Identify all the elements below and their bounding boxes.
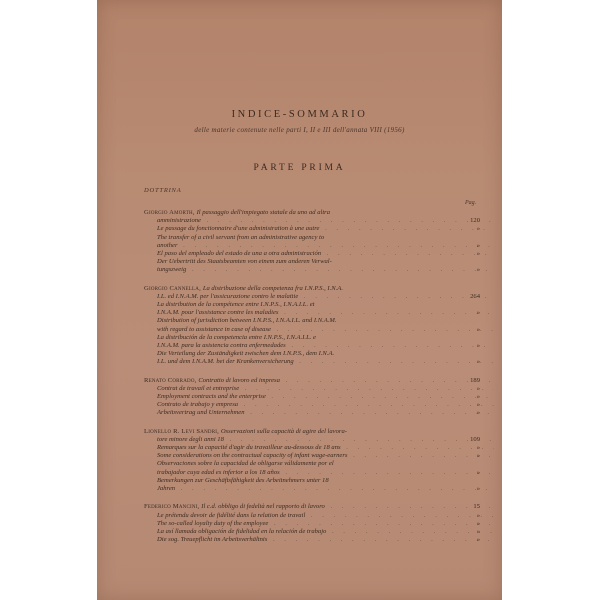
page-number: 264: [470, 293, 480, 301]
translation-line: The so-called loyalty duty of the employ…: [144, 520, 494, 528]
translation-title: La así llamada obligación de fidelidad e…: [157, 528, 326, 535]
page-number: 189: [470, 377, 480, 385]
entry-title: Il passaggio dell'impiegato statale da u…: [197, 209, 330, 216]
entry-title-line: I.L. ed I.N.A.M. per l'assicurazione con…: [144, 293, 494, 301]
part-heading: PARTE PRIMA: [97, 163, 502, 173]
page-ditto-mark: »: [477, 326, 480, 334]
translation-line: Die Verteilung der Zuständigkeit zwische…: [144, 350, 494, 358]
translation-line: I.N.A.M. pour l'assistance contre les ma…: [144, 309, 494, 317]
translation-line: with regard to assistance in case of dis…: [144, 326, 494, 334]
leader-dots: . . . . . . . . . . . . . . . . . . . . …: [267, 536, 494, 543]
entry-title-line: Lionello R. Levi Sandri, Osservazioni su…: [144, 428, 494, 436]
toc-entry: Renato Corrado, Contratto di lavoro ed i…: [144, 377, 494, 418]
leader-dots: . . . . . . . . . . . . . . . . . . . . …: [201, 217, 494, 224]
leader-dots: . . . . . . . . . . . . . . . . . . . . …: [268, 520, 494, 527]
leader-dots: . . . . . . . . . . . . . . . . . . . . …: [319, 225, 494, 232]
entry-author: Lionello R. Levi Sandri,: [144, 428, 221, 435]
translation-title: Die sog. Treuepflicht im Arbeitsverhältn…: [157, 536, 267, 543]
page-number: 120: [470, 217, 480, 225]
translation-title: Contrato de trabajo y empresa: [157, 401, 238, 408]
page-ditto-mark: »: [477, 520, 480, 528]
page-ditto-mark: »: [477, 266, 480, 274]
page-ditto-mark: »: [477, 409, 480, 417]
leader-dots: . . . . . . . . . . . . . . . . . . . . …: [280, 377, 494, 384]
entry-author: Renato Corrado,: [144, 377, 198, 384]
translation-line: Contrato de trabajo y empresa . . . . . …: [144, 401, 494, 409]
translation-title: The so-called loyalty duty of the employ…: [157, 520, 268, 527]
translation-line: La distribution de la compétence entre I…: [144, 301, 494, 309]
page-ditto-mark: »: [477, 342, 480, 350]
translation-line: I.L. und dem I.N.A.M. bei der Krankenver…: [144, 358, 494, 366]
leader-dots: . . . . . . . . . . . . . . . . . . . . …: [238, 401, 494, 408]
toc-entry: Lionello R. Levi Sandri, Osservazioni su…: [144, 428, 494, 494]
page-ditto-mark: »: [477, 225, 480, 233]
toc-entry: Giorgio Amorth, Il passaggio dell'impieg…: [144, 209, 494, 275]
translation-title: Le passage du fonctionnaire d'une admini…: [157, 225, 319, 232]
translation-line: Le prétendu devoir de fidélité dans la r…: [144, 512, 494, 520]
translation-line: Der Uebertritt des Staatsbeamten von ein…: [144, 258, 494, 266]
translation-line: Bemerkungen zur Geschäftsfähigkeit des A…: [144, 477, 494, 485]
page-ditto-mark: »: [477, 444, 480, 452]
entry-title-line: amministrazione . . . . . . . . . . . . …: [144, 217, 494, 225]
translation-line: another . . . . . . . . . . . . . . . . …: [144, 242, 494, 250]
page-ditto-mark: »: [477, 242, 480, 250]
translation-line: Remarques sur la capacité d'agir du trav…: [144, 444, 494, 452]
translation-line: I.N.A.M. para la asistencia contra enfer…: [144, 342, 494, 350]
translation-title: El paso del empleado del estado de una a…: [157, 250, 321, 257]
page-number: 109: [470, 436, 480, 444]
leader-dots: . . . . . . . . . . . . . . . . . . . . …: [305, 512, 494, 519]
entry-title: Contratto di lavoro ed impresa: [198, 377, 280, 384]
translation-line: Employment contracts and the enterprise …: [144, 393, 494, 401]
page-ditto-mark: »: [477, 401, 480, 409]
leader-dots: . . . . . . . . . . . . . . . . . . . . …: [286, 342, 494, 349]
toc-entries: Giorgio Amorth, Il passaggio dell'impieg…: [144, 209, 494, 554]
entry-author: Giorgio Cannella,: [144, 285, 203, 292]
translation-title: Le prétendu devoir de fidélité dans la r…: [157, 512, 305, 519]
leader-dots: . . . . . . . . . . . . . . . . . . . . …: [239, 385, 494, 392]
entry-author: Giorgio Amorth,: [144, 209, 197, 216]
translation-line: trabajador cuya edad es inferior a los 1…: [144, 469, 494, 477]
section-heading: DOTTRINA: [144, 187, 181, 194]
leader-dots: . . . . . . . . . . . . . . . . . . . . …: [266, 393, 494, 400]
page-ditto-mark: »: [477, 485, 480, 493]
leader-dots: . . . . . . . . . . . . . . . . . . . . …: [325, 503, 494, 510]
leader-dots: . . . . . . . . . . . . . . . . . . . . …: [326, 528, 494, 535]
leader-dots: . . . . . . . . . . . . . . . . . . . . …: [341, 444, 494, 451]
entry-title-line: tore minore degli anni 18 . . . . . . . …: [144, 436, 494, 444]
translation-line: La distribución de la competencia entre …: [144, 334, 494, 342]
entry-title: La distribuzione della competenza fra I.…: [203, 285, 343, 292]
translation-title: Some considerations on the contractual c…: [157, 452, 347, 459]
translation-title: Employment contracts and the enterprise: [157, 393, 266, 400]
entry-title: Osservazioni sulla capacità di agire del…: [221, 428, 347, 435]
page-ditto-mark: »: [477, 469, 480, 477]
translation-title: with regard to assistance in case of dis…: [157, 326, 271, 333]
index-subtitle: delle materie contenute nelle parti I, I…: [97, 126, 502, 134]
toc-entry: Giorgio Cannella, La distribuzione della…: [144, 285, 494, 367]
translation-title: Contrat de travail et entreprise: [157, 385, 239, 392]
page-ditto-mark: »: [477, 309, 480, 317]
entry-title: tore minore degli anni 18: [157, 436, 224, 443]
translation-line: The transfer of a civil servant from an …: [144, 234, 494, 242]
translation-title: La distribución de la competencia entre …: [157, 334, 316, 341]
translation-title: I.N.A.M. para la asistencia contra enfer…: [157, 342, 286, 349]
leader-dots: . . . . . . . . . . . . . . . . . . . . …: [245, 409, 494, 416]
translation-line: La así llamada obligación de fidelidad e…: [144, 528, 494, 536]
leader-dots: . . . . . . . . . . . . . . . . . . . . …: [224, 436, 494, 443]
translation-line: Contrat de travail et entreprise . . . .…: [144, 385, 494, 393]
leader-dots: . . . . . . . . . . . . . . . . . . . . …: [178, 242, 494, 249]
leader-dots: . . . . . . . . . . . . . . . . . . . . …: [347, 452, 494, 459]
translation-title: Remarques sur la capacité d'agir du trav…: [157, 444, 341, 451]
entry-title: I.L. ed I.N.A.M. per l'assicurazione con…: [157, 293, 298, 300]
entry-title-line: Giorgio Amorth, Il passaggio dell'impieg…: [144, 209, 494, 217]
translation-line: El paso del empleado del estado de una a…: [144, 250, 494, 258]
translation-title: La distribution de la compétence entre I…: [157, 301, 315, 308]
translation-title: another: [157, 242, 178, 249]
translation-line: Die sog. Treuepflicht im Arbeitsverhältn…: [144, 536, 494, 544]
entry-author: Federico Mancini,: [144, 503, 201, 510]
entry-title-line: Renato Corrado, Contratto di lavoro ed i…: [144, 377, 494, 385]
translation-line: Jahren . . . . . . . . . . . . . . . . .…: [144, 485, 494, 493]
page-ditto-mark: »: [477, 250, 480, 258]
page-ditto-mark: »: [477, 536, 480, 544]
entry-title-line: Giorgio Cannella, La distribuzione della…: [144, 285, 494, 293]
page-ditto-mark: »: [477, 385, 480, 393]
translation-line: Distribution of jurisdiction between I.N…: [144, 317, 494, 325]
leader-dots: . . . . . . . . . . . . . . . . . . . . …: [294, 358, 494, 365]
document-page: INDICE-SOMMARIO delle materie contenute …: [97, 0, 502, 600]
translation-title: Der Uebertritt des Staatsbeamten von ein…: [157, 258, 332, 265]
leader-dots: . . . . . . . . . . . . . . . . . . . . …: [186, 266, 494, 273]
entry-title: Il c.d. obbligo di fedeltà nel rapporto …: [201, 503, 325, 510]
translation-title: Arbeitsvertrag und Unternehmen: [157, 409, 245, 416]
translation-title: Distribution of jurisdiction between I.N…: [157, 317, 337, 324]
leader-dots: . . . . . . . . . . . . . . . . . . . . …: [321, 250, 494, 257]
page-ditto-mark: »: [477, 358, 480, 366]
toc-entry: Federico Mancini, Il c.d. obbligo di fed…: [144, 503, 494, 544]
translation-title: Die Verteilung der Zuständigkeit zwische…: [157, 350, 334, 357]
leader-dots: . . . . . . . . . . . . . . . . . . . . …: [280, 469, 494, 476]
page-ditto-mark: »: [477, 512, 480, 520]
page-column-label: Pag.: [465, 200, 476, 206]
index-title: INDICE-SOMMARIO: [97, 109, 502, 120]
translation-line: Arbeitsvertrag und Unternehmen . . . . .…: [144, 409, 494, 417]
translation-title: trabajador cuya edad es inferior a los 1…: [157, 469, 280, 476]
page-number: 15: [473, 503, 480, 511]
leader-dots: . . . . . . . . . . . . . . . . . . . . …: [298, 293, 494, 300]
translation-title: Observaciones sobre la capacidad de obli…: [157, 460, 334, 467]
translation-title: tungszweig: [157, 266, 186, 273]
page-ditto-mark: »: [477, 528, 480, 536]
page-ditto-mark: »: [477, 452, 480, 460]
translation-title: I.N.A.M. pour l'assistance contre les ma…: [157, 309, 279, 316]
translation-title: Jahren: [157, 485, 175, 492]
translation-title: The transfer of a civil servant from an …: [157, 234, 324, 241]
entry-title: amministrazione: [157, 217, 201, 224]
translation-line: Observaciones sobre la capacidad de obli…: [144, 460, 494, 468]
leader-dots: . . . . . . . . . . . . . . . . . . . . …: [279, 309, 495, 316]
translation-line: Some considerations on the contractual c…: [144, 452, 494, 460]
page-ditto-mark: »: [477, 393, 480, 401]
translation-title: Bemerkungen zur Geschäftsfähigkeit des A…: [157, 477, 329, 484]
entry-title-line: Federico Mancini, Il c.d. obbligo di fed…: [144, 503, 494, 511]
translation-title: I.L. und dem I.N.A.M. bei der Krankenver…: [157, 358, 294, 365]
leader-dots: . . . . . . . . . . . . . . . . . . . . …: [271, 326, 494, 333]
leader-dots: . . . . . . . . . . . . . . . . . . . . …: [175, 485, 494, 492]
translation-line: Le passage du fonctionnaire d'une admini…: [144, 225, 494, 233]
translation-line: tungszweig . . . . . . . . . . . . . . .…: [144, 266, 494, 274]
